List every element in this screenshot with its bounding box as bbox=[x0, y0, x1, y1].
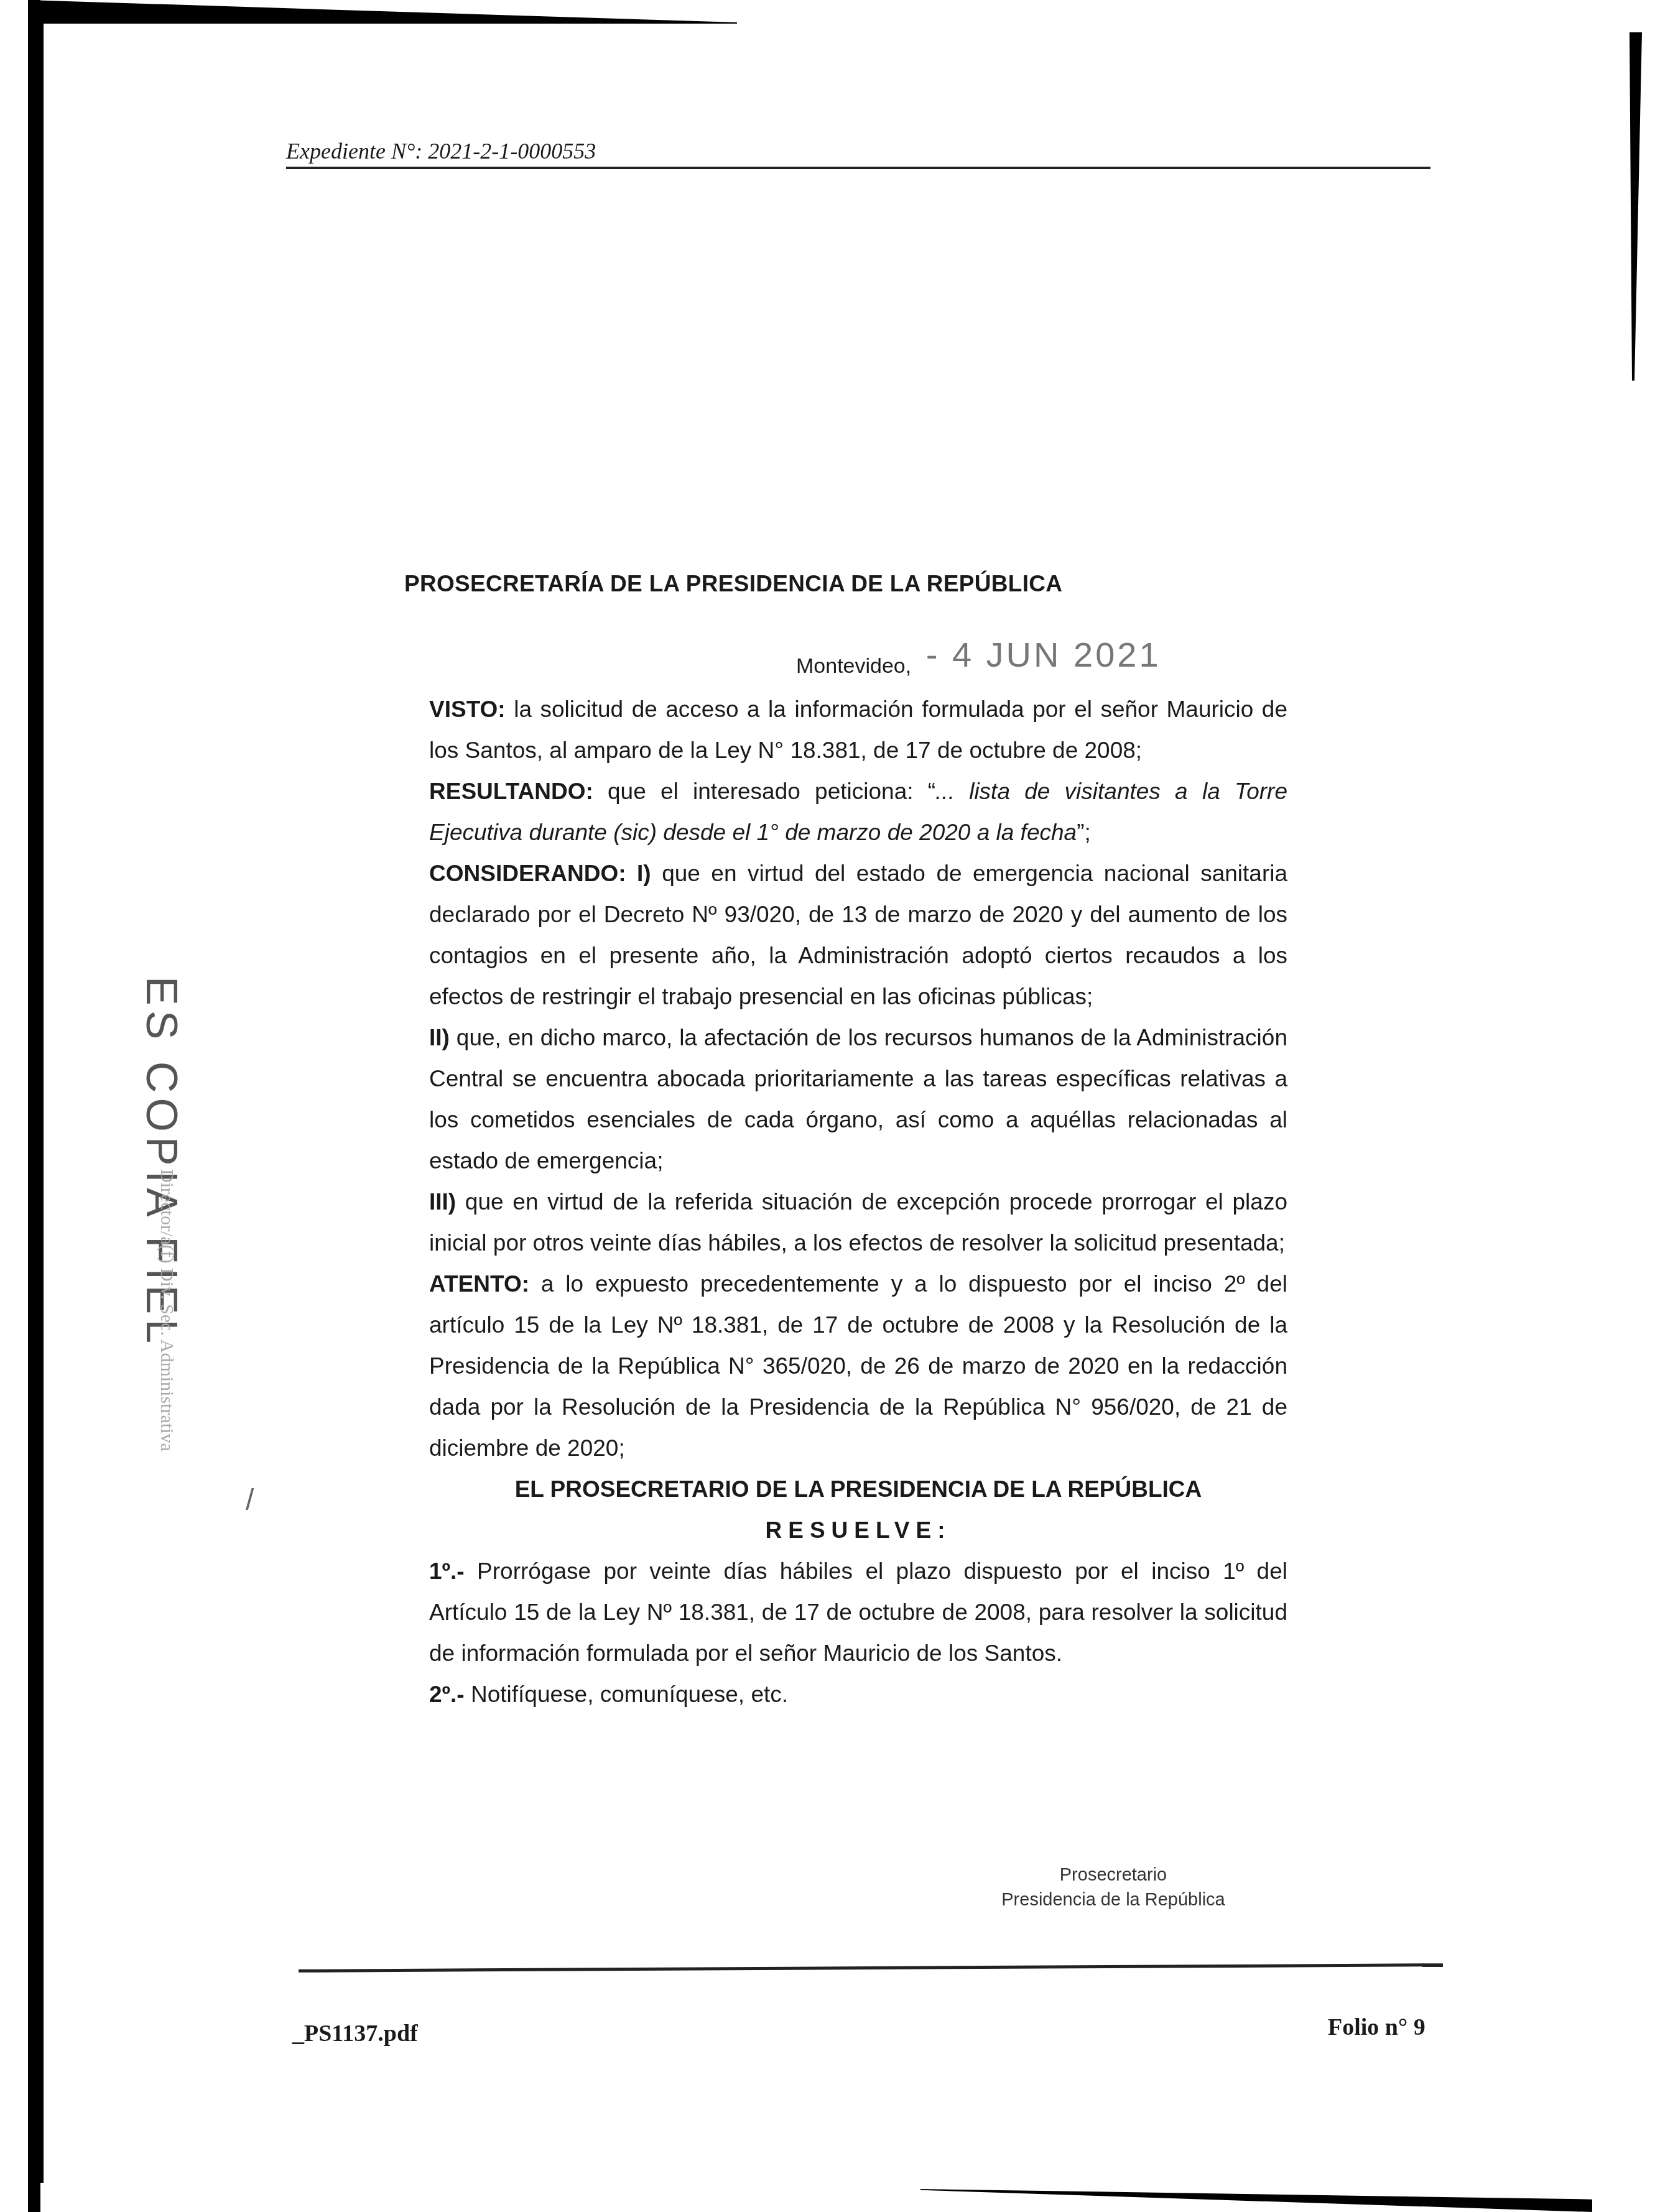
resultando-label: RESULTANDO: bbox=[429, 779, 593, 804]
resultando-paragraph: RESULTANDO: que el interesado peticiona:… bbox=[429, 771, 1287, 853]
article-2: 2º.- Notifíquese, comuníquese, etc. bbox=[429, 1674, 1287, 1715]
considerando-iii: III) que en virtud de la referida situac… bbox=[429, 1182, 1287, 1264]
scan-edge-left-inner bbox=[37, 19, 44, 2183]
scan-edge-top bbox=[28, 0, 737, 24]
expediente-header: Expediente N°: 2021-2-1-0000553 bbox=[286, 138, 1430, 169]
footer-rule bbox=[299, 1963, 1443, 1973]
visto-paragraph: VISTO: la solicitud de acceso a la infor… bbox=[429, 689, 1287, 771]
article-1: 1º.- Prorrógase por veinte días hábiles … bbox=[429, 1551, 1287, 1674]
visto-label: VISTO: bbox=[429, 696, 506, 722]
signature-institution: Presidencia de la República bbox=[983, 1887, 1244, 1912]
place-date: Montevideo, - 4 JUN 2021 bbox=[796, 641, 1161, 681]
pen-mark: / bbox=[246, 1483, 254, 1517]
considerando-ii: II) que, en dicho marco, la afectación d… bbox=[429, 1017, 1287, 1182]
scan-edge-right bbox=[1630, 32, 1642, 381]
considerando-label: CONSIDERANDO: bbox=[429, 861, 626, 886]
atento-label: ATENTO: bbox=[429, 1271, 529, 1297]
scan-edge-bottom bbox=[920, 2189, 1592, 2212]
document-body: VISTO: la solicitud de acceso a la infor… bbox=[429, 689, 1287, 1715]
director-stamp: Director/a(f) Div. Sec. Administrativa bbox=[156, 1169, 177, 1451]
footer-folio: Folio n° 9 bbox=[1328, 2014, 1426, 2041]
footer-filename: _PS1137.pdf bbox=[292, 2020, 418, 2047]
resuelve-heading: RESUELVE: bbox=[429, 1510, 1287, 1551]
atento-paragraph: ATENTO: a lo expuesto precedentemente y … bbox=[429, 1264, 1287, 1469]
considerando-i: CONSIDERANDO: I) que en virtud del estad… bbox=[429, 853, 1287, 1017]
signature-block: Prosecretario Presidencia de la Repúblic… bbox=[983, 1863, 1244, 1912]
signature-role: Prosecretario bbox=[983, 1863, 1244, 1887]
document-title: PROSECRETARÍA DE LA PRESIDENCIA DE LA RE… bbox=[404, 571, 1062, 597]
place: Montevideo, bbox=[796, 654, 911, 678]
date-stamp: - 4 JUN 2021 bbox=[926, 635, 1161, 674]
authority-heading: EL PROSECRETARIO DE LA PRESIDENCIA DE LA… bbox=[429, 1469, 1287, 1510]
